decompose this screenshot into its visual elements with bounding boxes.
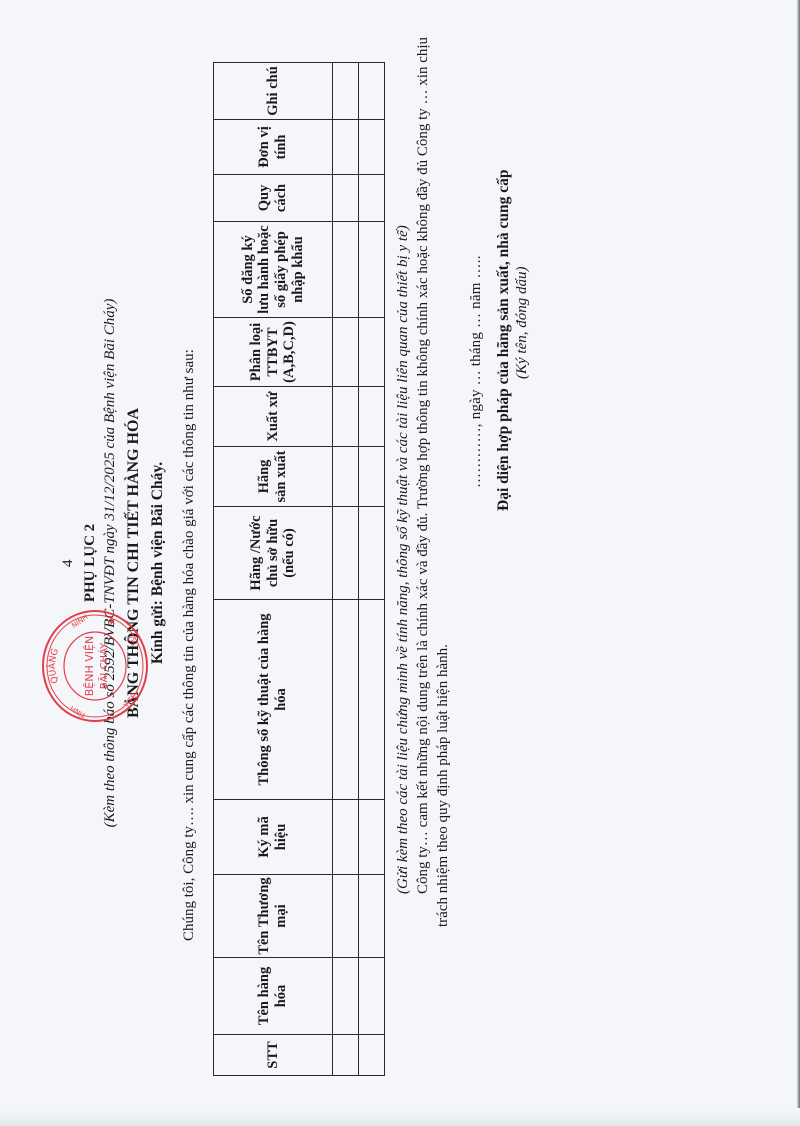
table-cell bbox=[359, 800, 385, 875]
table-cell bbox=[333, 800, 359, 875]
table-cell bbox=[333, 387, 359, 447]
table-cell bbox=[359, 447, 385, 507]
hospital-stamp-icon: QUẢNG TỈNH NINH Y TẾ SỞ ★ BỆNH VIỆN BÃI … bbox=[35, 606, 155, 726]
table-cell bbox=[359, 318, 385, 387]
table-cell bbox=[359, 120, 385, 175]
table-header-row: STT Tên hàng hóa Tên Thương mại Ký mã hi… bbox=[214, 63, 333, 1076]
table-cell bbox=[333, 1035, 359, 1076]
stamp-center-line1: BỆNH VIỆN bbox=[83, 636, 96, 696]
table-cell bbox=[333, 875, 359, 958]
column-header-unit: Đơn vị tính bbox=[214, 120, 333, 175]
table-cell bbox=[359, 507, 385, 600]
table-cell bbox=[359, 222, 385, 318]
intro-paragraph: Chúng tôi, Công ty…. xin cung cấp các th… bbox=[181, 349, 198, 941]
stamp-center-line2: BÃI CHÁY bbox=[97, 642, 110, 689]
table-cell bbox=[333, 318, 359, 387]
signature-note: (Ký tên, đóng dấu) bbox=[514, 267, 531, 379]
document-title: BẢNG THÔNG TIN CHI TIẾT HÀNG HÓA bbox=[125, 0, 143, 1126]
column-header-registration-number: Số đăng ký lưu hành hoặc số giấy phép nh… bbox=[214, 222, 333, 318]
table-cell bbox=[359, 63, 385, 120]
table-cell bbox=[333, 175, 359, 222]
signature-date-line: …………, ngày … tháng … năm ….. bbox=[468, 255, 485, 488]
column-header-notes: Ghi chú bbox=[214, 63, 333, 120]
table-cell bbox=[333, 63, 359, 120]
appendix-title: PHỤ LỤC 2 bbox=[82, 0, 99, 1126]
rotated-page-content: 4 PHỤ LỤC 2 (Kèm theo thông báo số 2592/… bbox=[0, 0, 800, 1126]
table-row bbox=[333, 63, 359, 1076]
document-reference: (Kèm theo thông báo số 2592/BVBC-TNVĐT n… bbox=[102, 0, 119, 1126]
column-header-manufacturer: Hãng sản xuất bbox=[214, 447, 333, 507]
page-number: 4 bbox=[60, 560, 77, 568]
column-header-stt: STT bbox=[214, 1035, 333, 1076]
table-cell bbox=[333, 120, 359, 175]
table-cell bbox=[359, 600, 385, 800]
table-cell bbox=[359, 958, 385, 1035]
table-cell bbox=[359, 875, 385, 958]
attachment-note: (Gửi kèm theo các tài liệu chứng minh về… bbox=[395, 225, 412, 894]
table-row bbox=[359, 63, 385, 1076]
table-cell bbox=[333, 447, 359, 507]
commitment-line-1: Công ty… cam kết những nội dung trên là … bbox=[415, 37, 432, 894]
table-cell bbox=[333, 958, 359, 1035]
column-header-packaging: Quy cách bbox=[214, 175, 333, 222]
column-header-origin: Xuất xứ bbox=[214, 387, 333, 447]
column-header-trade-name: Tên Thương mại bbox=[214, 875, 333, 958]
stamp-bottom-right-text: SỞ bbox=[125, 634, 139, 648]
column-header-model-code: Ký mã hiệu bbox=[214, 800, 333, 875]
commitment-line-2: trách nhiệm theo quy định pháp luật hiện… bbox=[435, 644, 452, 927]
column-header-technical-specs: Thông số kỹ thuật của hàng hóa bbox=[214, 600, 333, 800]
column-header-goods-name: Tên hàng hóa bbox=[214, 958, 333, 1035]
table-cell bbox=[333, 222, 359, 318]
column-header-owner-country: Hãng /Nước chủ sở hữu (nếu có) bbox=[214, 507, 333, 600]
signature-title: Đại diện hợp pháp của hãng sản xuất, nhà… bbox=[495, 169, 513, 511]
star-icon: ★ bbox=[107, 617, 118, 626]
table-cell bbox=[359, 175, 385, 222]
table-cell bbox=[333, 600, 359, 800]
table-cell bbox=[359, 387, 385, 447]
goods-info-table: STT Tên hàng hóa Tên Thương mại Ký mã hi… bbox=[213, 62, 385, 1076]
table-cell bbox=[333, 507, 359, 600]
column-header-device-class: Phân loại TTBYT (A,B,C,D) bbox=[214, 318, 333, 387]
table-cell bbox=[359, 1035, 385, 1076]
recipient-line: Kính gửi: Bệnh viện Bãi Cháy. bbox=[149, 0, 167, 1126]
